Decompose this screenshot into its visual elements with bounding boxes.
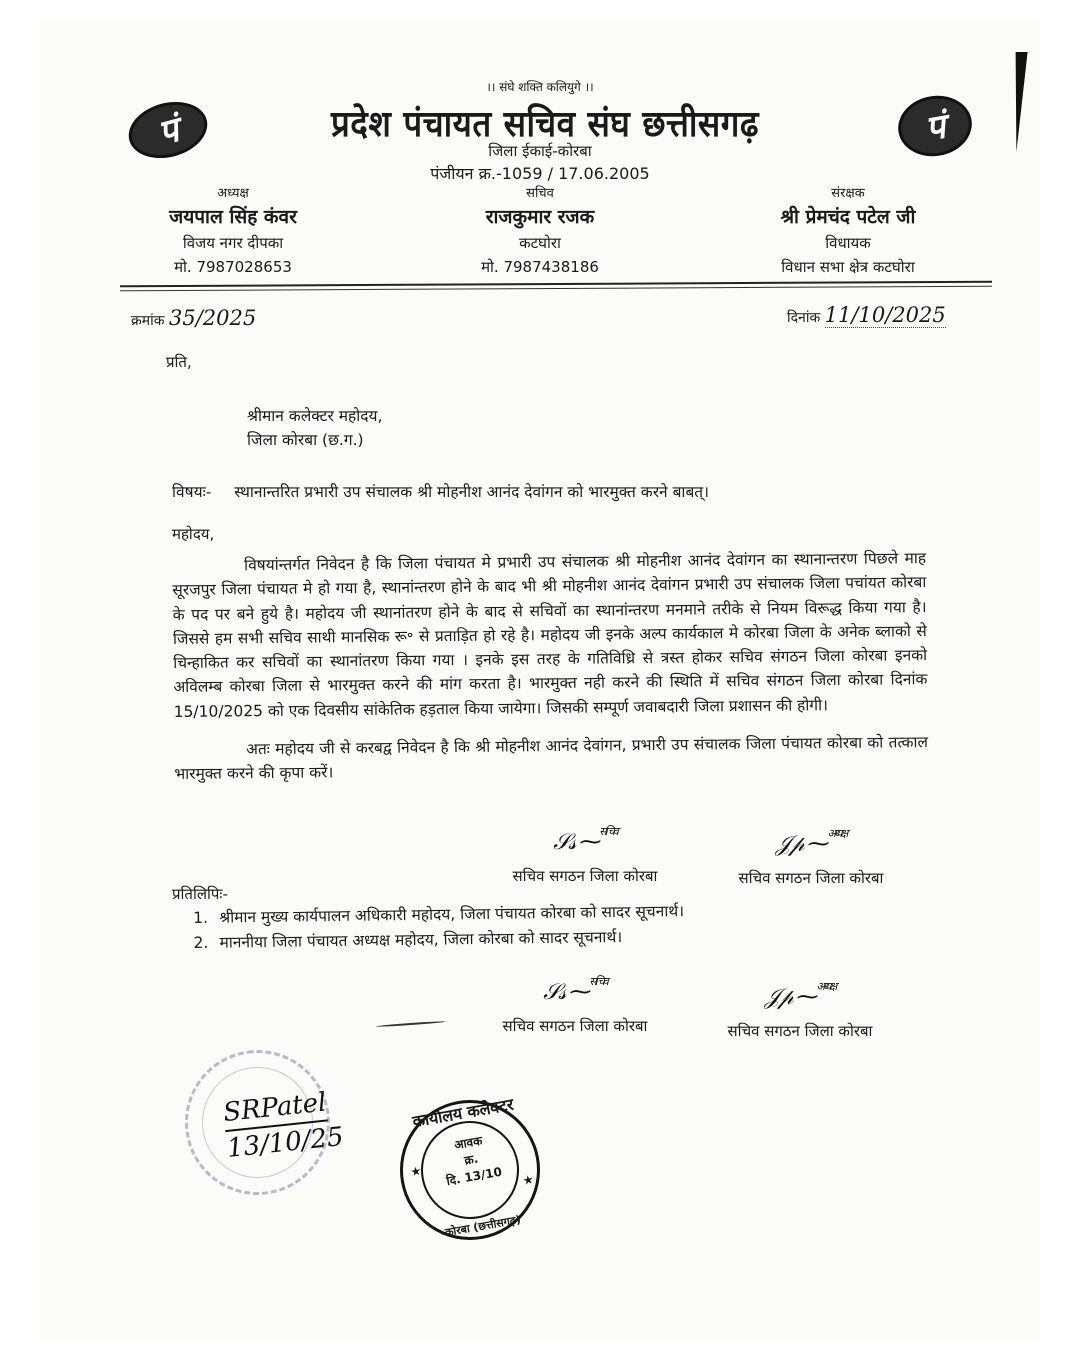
office-bearer-president: अध्यक्ष जयपाल सिंह कंवर विजय नगर दीपका म… (113, 183, 353, 277)
subject-line: विषयः- स्थानान्तरित प्रभारी उप संचालक श्… (172, 480, 709, 502)
star-icon: ★ (522, 1172, 535, 1188)
signature-caption: सचिव सगठन जिला कोरबा (706, 868, 916, 888)
signature-caption: सचिव सगठन जिला कोरबा (695, 1021, 905, 1041)
bearer-constituency: विधान सभा क्षेत्र कटघोरा (728, 257, 968, 277)
role-label: अध्यक्ष (113, 183, 353, 201)
bearer-phone: मो. 7987438186 (420, 257, 660, 277)
bearer-designation: विधायक (728, 233, 968, 253)
registration-number: पंजीयन क्र.-1059 / 17.06.2005 (0, 162, 1080, 184)
to-label: प्रति, (166, 352, 192, 372)
bearer-name: जयपाल सिंह कंवर (113, 203, 353, 229)
signature-secretary: 𝒮𝓈 ⁓सचिव सचिव सगठन जिला कोरबा (480, 830, 690, 886)
bearer-phone: मो. 7987028653 (113, 257, 353, 277)
office-bearer-secretary: सचिव राजकुमार रजक कटघोरा मो. 7987438186 (420, 183, 660, 277)
letter-body: विषयांन्तर्गत निवेदन है कि जिला पंचायत म… (172, 546, 929, 801)
star-icon: ★ (409, 1164, 422, 1180)
role-label: संरक्षक (728, 183, 968, 201)
salutation: महोदय, (172, 524, 214, 544)
subject-label: विषयः- (172, 483, 211, 501)
signature-scrawl: 𝒮𝓈 ⁓सचिव (470, 980, 680, 1016)
signature-scrawl: 𝒮𝓈 ⁓सचिव (480, 830, 690, 866)
role-label: सचिव (420, 183, 660, 201)
organization-title: प्रदेश पंचायत सचिव संघ छत्तीसगढ़ (228, 98, 863, 147)
subject-text: स्थानान्तरित प्रभारी उप संचालक श्री मोहन… (234, 483, 709, 501)
office-bearer-patron: संरक्षक श्री प्रेमचंद पटेल जी विधायक विध… (728, 183, 968, 277)
signature-secretary-copy: 𝒮𝓈 ⁓सचिव सचिव सगठन जिला कोरबा (470, 980, 680, 1036)
motto: ।। संघे शक्ति कलियुगे ।। (0, 78, 1080, 95)
body-paragraph-1: विषयांन्तर्गत निवेदन है कि जिला पंचायत म… (172, 546, 928, 724)
signature-scrawl: 𝒥𝓅 ⁓अध्यक्ष (706, 832, 916, 868)
reference-value: 35/2025 (169, 306, 256, 330)
copies-list: 1.श्रीमान मुख्य कार्यपालन अधिकारी महोदय,… (193, 899, 685, 956)
signature-president-copy: 𝒥𝓅 ⁓अध्यक्ष सचिव सगठन जिला कोरबा (695, 985, 905, 1041)
signature-president: 𝒥𝓅 ⁓अध्यक्ष सचिव सगठन जिला कोरबा (706, 832, 916, 888)
bearer-name: श्री प्रेमचंद पटेल जी (728, 203, 968, 229)
reference-number: क्रमांक 35/2025 (131, 306, 256, 330)
receipt-handwritten-note: SRPatel 13/10/25 (222, 1084, 345, 1166)
copies-label: प्रतिलिपिः- (172, 884, 228, 904)
signature-caption: सचिव सगठन जिला कोरबा (470, 1016, 680, 1036)
bearer-name: राजकुमार रजक (420, 203, 660, 229)
date-value: 11/10/2025 (825, 303, 946, 328)
signature-scrawl: 𝒥𝓅 ⁓अध्यक्ष (695, 985, 905, 1021)
addressee-line-1: श्रीमान कलेक्टर महोदय, (247, 404, 382, 428)
date-label: दिनांक (787, 310, 820, 326)
reference-label: क्रमांक (131, 313, 165, 329)
addressee: श्रीमान कलेक्टर महोदय, जिला कोरबा (छ.ग.) (247, 404, 382, 452)
bearer-location: विजय नगर दीपका (113, 233, 353, 253)
letter-date: दिनांक 11/10/2025 (787, 303, 946, 327)
bearer-location: कटघोरा (420, 233, 660, 253)
addressee-line-2: जिला कोरबा (छ.ग.) (247, 428, 382, 452)
body-paragraph-2: अतः महोदय जी से करबद्व निवेदन है कि श्री… (174, 730, 928, 786)
signature-caption: सचिव सगठन जिला कोरबा (480, 866, 690, 886)
district-unit: जिला ईकाई-कोरबा (0, 141, 1080, 161)
